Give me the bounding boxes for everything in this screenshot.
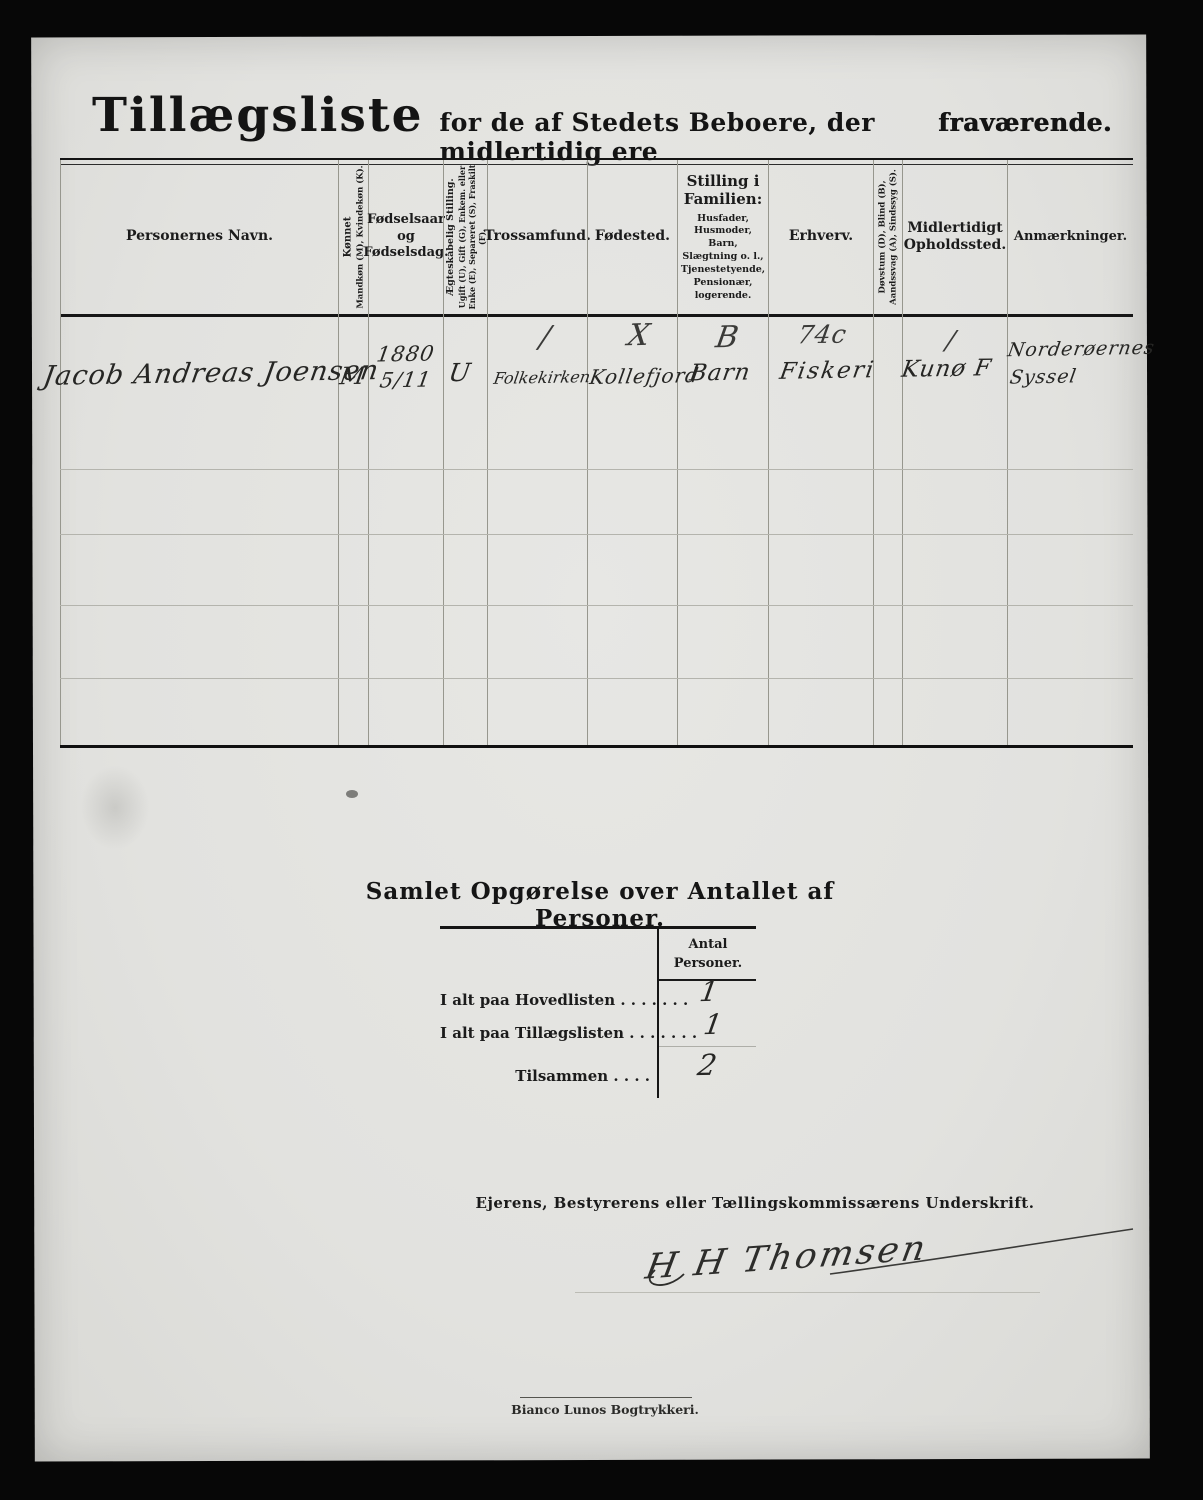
summary-count-header: Antal Personer. <box>662 936 754 974</box>
table-row-rule <box>60 534 1133 535</box>
column-disability: Døvstum (D), Blind (B), Aandssvag (A), S… <box>873 160 902 745</box>
column-family: Stilling i Familien: Husfader, Husmoder,… <box>677 160 768 745</box>
column-header-stay-label: Midlertidigt Opholdssted. <box>904 220 1006 255</box>
signature-baseline <box>575 1292 1040 1293</box>
summary-count-header-bottom: Personer. <box>662 955 754 974</box>
table-row-rule <box>60 678 1133 679</box>
column-occupation: Erhverv. <box>768 160 873 745</box>
entry-remarks-line1: Norderøernes <box>1006 337 1157 362</box>
column-header-remarks: Anmærkninger. <box>1008 160 1133 317</box>
entry-religion: Folkekirken <box>492 367 591 388</box>
title-subtitle-bold: fraværende. <box>938 108 1112 137</box>
column-header-birth-label: Fødselsaar og Fødselsdag. <box>363 212 448 263</box>
ink-stain <box>80 765 150 850</box>
summary-row-total-label: Tilsammen . . . . <box>440 1067 650 1085</box>
column-header-marital-sub: Ugift (U), Gift (G), Enkem. eller Enke (… <box>456 162 486 312</box>
page-title: Tillægsliste for de af Stedets Beboere, … <box>92 88 1112 166</box>
entry-sex: M <box>338 362 368 390</box>
column-header-name-label: Personernes Navn. <box>126 228 273 246</box>
title-main: Tillægsliste <box>92 88 423 143</box>
column-header-marital-title: Ægteskabelig Stilling. <box>445 162 457 312</box>
summary-vertical-rule <box>657 929 659 1098</box>
column-header-stay: Midlertidigt Opholdssted. <box>903 160 1007 317</box>
column-header-disability-label: Døvstum (D), Blind (B), Aandssvag (A), S… <box>877 162 898 312</box>
entry-birthplace: Kollefjord <box>588 363 701 389</box>
column-header-family-title: Stilling i Familien: <box>680 172 766 208</box>
entry-remarks-line2: Syssel <box>1008 365 1078 388</box>
summary-row-hovedliste-label: I alt paa Hovedlisten . . . . . . . <box>440 991 650 1009</box>
entry-stay: Kunø F <box>900 355 994 383</box>
column-remarks: Anmærkninger. <box>1007 160 1133 745</box>
entry-occupation-mark: 74c <box>796 320 850 350</box>
summary-row-tillaegsliste-label: I alt paa Tillægslisten . . . . . . . <box>440 1024 650 1042</box>
printer-name: Bianco Lunos Bogtrykkeri. <box>505 1402 705 1417</box>
printer-rule <box>520 1397 692 1398</box>
entry-birth-year: 1880 <box>375 342 436 367</box>
column-body-disability <box>874 317 902 745</box>
column-header-birthplace: Fødested. <box>588 160 677 317</box>
entry-family: Barn <box>688 359 753 386</box>
signature-label: Ejerens, Bestyrerens eller Tællingskommi… <box>460 1194 1050 1212</box>
column-birthplace: Fødested. <box>587 160 677 745</box>
entry-marital: U <box>447 358 474 387</box>
ink-speck <box>346 790 358 798</box>
column-header-marital: Ægteskabelig Stilling. Ugift (U), Gift (… <box>444 160 487 317</box>
column-religion: Trossamfund. <box>487 160 587 745</box>
column-header-sex-vertical: Kønnet Mandkøn (M), Kvindekøn (K). <box>342 162 365 312</box>
table-row-rule <box>60 605 1133 606</box>
column-header-religion: Trossamfund. <box>488 160 587 317</box>
entry-birth-day: 5/11 <box>378 368 433 393</box>
entry-name: Jacob Andreas Joensen <box>41 355 381 392</box>
table-row-rule <box>60 469 1133 470</box>
column-header-occupation: Erhverv. <box>769 160 873 317</box>
column-stay: Midlertidigt Opholdssted. <box>902 160 1007 745</box>
column-header-remarks-label: Anmærkninger. <box>1014 229 1127 246</box>
column-header-sex-title: Kønnet <box>342 162 355 312</box>
column-name: Personernes Navn. <box>60 160 338 745</box>
entry-occupation: Fiskeri <box>778 357 877 385</box>
column-header-marital-vertical: Ægteskabelig Stilling. Ugift (U), Gift (… <box>445 162 487 312</box>
column-marital: Ægteskabelig Stilling. Ugift (U), Gift (… <box>443 160 487 745</box>
column-birth: Fødselsaar og Fødselsdag. <box>368 160 443 745</box>
column-header-occupation-label: Erhverv. <box>789 228 853 246</box>
census-table: Personernes Navn. Kønnet Mandkøn (M), Kv… <box>60 158 1133 748</box>
column-header-name: Personernes Navn. <box>61 160 338 317</box>
summary-total-rule <box>659 1046 756 1047</box>
column-header-family: Stilling i Familien: Husfader, Husmoder,… <box>678 160 768 317</box>
column-header-disability-vertical: Døvstum (D), Blind (B), Aandssvag (A), S… <box>877 162 898 312</box>
column-header-disability: Døvstum (D), Blind (B), Aandssvag (A), S… <box>874 160 902 317</box>
column-header-religion-label: Trossamfund. <box>484 228 591 246</box>
summary-title: Samlet Opgørelse over Antallet af Person… <box>310 878 890 932</box>
column-header-family-sub: Husfader, Husmoder, Barn, Slægtning o. l… <box>680 213 766 303</box>
column-header-birthplace-label: Fødested. <box>595 228 670 246</box>
summary-count-header-top: Antal <box>662 936 754 955</box>
column-header-birth: Fødselsaar og Fødselsdag. <box>369 160 443 317</box>
